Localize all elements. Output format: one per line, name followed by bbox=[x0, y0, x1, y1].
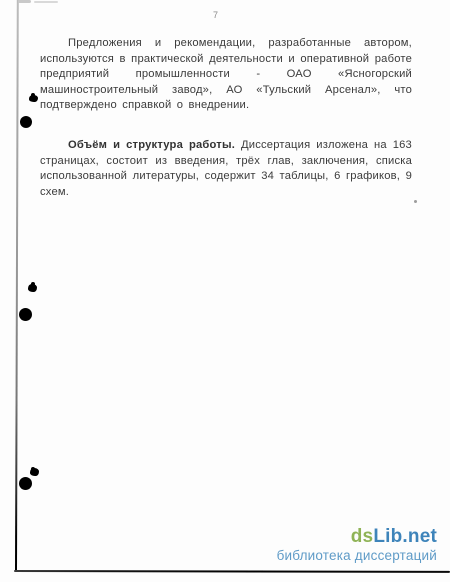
ink-dot-mark bbox=[19, 308, 32, 321]
dslib-logo[interactable]: dsLib.net bbox=[277, 527, 437, 546]
page-number: 7 bbox=[213, 10, 218, 20]
ink-blot-mark bbox=[28, 284, 37, 292]
ink-dot-mark bbox=[19, 477, 32, 490]
dslib-subtitle: библиотека диссертаций bbox=[277, 549, 437, 563]
dslib-watermark[interactable]: dsLib.net библиотека диссертаций bbox=[277, 527, 437, 563]
left-scan-edge-line bbox=[15, 0, 19, 571]
scanned-document-page: 7 Предложения и рекомендации, разработан… bbox=[0, 0, 450, 582]
bottom-scan-edge-line bbox=[14, 570, 450, 573]
paragraph-bold-lead: Объём и структура работы. bbox=[68, 139, 235, 151]
dslib-logo-libnet: Lib.net bbox=[373, 526, 437, 547]
paragraph-volume-structure: Объём и структура работы. Диссертация из… bbox=[40, 138, 412, 200]
paragraph-implementation: Предложения и рекомендации, разработанны… bbox=[40, 36, 412, 114]
document-text-block: Предложения и рекомендации, разработанны… bbox=[40, 36, 412, 200]
dslib-logo-ds: ds bbox=[351, 526, 374, 547]
ink-dot-mark bbox=[20, 116, 32, 128]
top-edge-smudge bbox=[34, 1, 58, 3]
dust-speck bbox=[414, 200, 417, 203]
ink-blot-mark bbox=[30, 468, 39, 476]
ink-blot-mark bbox=[29, 95, 38, 102]
top-edge-smudge bbox=[18, 0, 31, 3]
